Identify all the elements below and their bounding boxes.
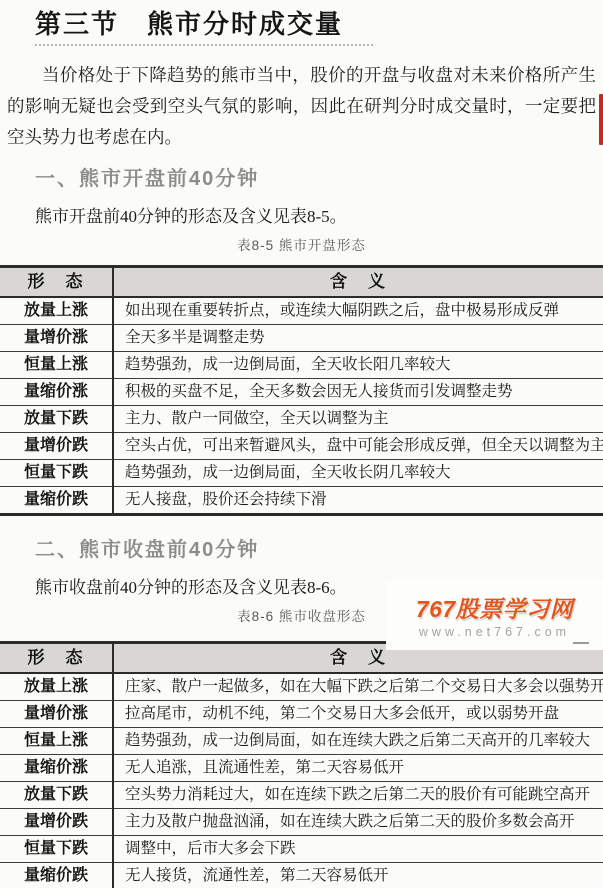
form-cell: 量增价涨	[0, 701, 113, 728]
section-2-heading: 二、熊市收盘前40分钟	[35, 538, 603, 562]
meaning-cell: 趋势强劲，成一边倒局面，全天收长阳几率较大	[113, 352, 603, 379]
table-8-5-caption: 表8-5 熊市开盘形态	[0, 238, 603, 254]
meaning-cell: 无人接货，流通性差，第二天容易低开	[113, 863, 603, 888]
form-cell: 量缩价跌	[0, 487, 113, 515]
form-cell: 量缩价涨	[0, 755, 113, 782]
meaning-cell: 空头占优，可出来暂避风头，盘中可能会形成反弹，但全天以调整为主	[113, 433, 603, 460]
form-cell: 放量下跌	[0, 782, 113, 809]
form-cell: 放量上涨	[0, 297, 113, 325]
table-row: 放量上涨如出现在重要转折点，或连续大幅阴跌之后，盘中极易形成反弹	[0, 297, 603, 325]
table-row: 量增价涨全天多半是调整走势	[0, 325, 603, 352]
table-row: 量缩价涨无人追涨，且流通性差，第二天容易低开	[0, 755, 603, 782]
page-title: 第三节 熊市分时成交量	[35, 9, 343, 40]
form-cell: 放量上涨	[0, 673, 113, 701]
meaning-cell: 趋势强劲，成一边倒局面，如在连续大跌之后第二天高开的几率较大	[113, 728, 603, 755]
red-edge-scan-mark	[599, 94, 603, 145]
form-cell: 量缩价跌	[0, 863, 113, 888]
meaning-cell: 拉高尾市，动机不纯，第二个交易日大多会低开，或以弱势开盘	[113, 701, 603, 728]
table-row: 放量下跌空头势力消耗过大，如在连续下跌之后第二天的股价有可能跳空高开	[0, 782, 603, 809]
column-header-form: 形 态	[0, 643, 113, 674]
meaning-cell: 主力及散户抛盘汹涌，如在连续大跌之后第二天的股价多数会高开	[113, 809, 603, 836]
book-page: 第三节 熊市分时成交量 当价格处于下降趋势的熊市当中，股价的开盘与收盘对未来价格…	[0, 0, 603, 888]
table-row: 量缩价跌无人接货，流通性差，第二天容易低开	[0, 863, 603, 888]
table-row: 放量下跌主力、散户一同做空，全天以调整为主	[0, 406, 603, 433]
table-row: 恒量上涨趋势强劲，成一边倒局面，全天收长阳几率较大	[0, 352, 603, 379]
watermark-brand-logo: 767股票学习网	[416, 591, 573, 624]
scan-dash-mark	[573, 642, 589, 644]
table-header-row: 形 态 含 义	[0, 267, 603, 298]
meaning-cell: 主力、散户一同做空，全天以调整为主	[113, 406, 603, 433]
table-row: 量增价跌空头占优，可出来暂避风头，盘中可能会形成反弹，但全天以调整为主	[0, 433, 603, 460]
table-row: 放量上涨庄家、散户一起做多，如在大幅下跌之后第二个交易日大多会以强势开盘	[0, 673, 603, 701]
meaning-cell: 如出现在重要转折点，或连续大幅阴跌之后，盘中极易形成反弹	[113, 297, 603, 325]
form-cell: 放量下跌	[0, 406, 113, 433]
meaning-cell: 积极的买盘不足，全天多数会因无人接货而引发调整走势	[113, 379, 603, 406]
meaning-cell: 无人追涨，且流通性差，第二天容易低开	[113, 755, 603, 782]
form-cell: 恒量上涨	[0, 352, 113, 379]
intro-paragraph: 当价格处于下降趋势的熊市当中，股价的开盘与收盘对未来价格所产生的影响无疑也会受到…	[7, 60, 596, 153]
watermark-site-url: www.net767.com	[419, 625, 570, 639]
table-8-6: 形 态 含 义 放量上涨庄家、散户一起做多，如在大幅下跌之后第二个交易日大多会以…	[0, 641, 603, 888]
table-row: 恒量下跌调整中，后市大多会下跌	[0, 836, 603, 863]
table-row: 量缩价跌无人接盘，股价还会持续下滑	[0, 487, 603, 515]
table-8-5: 形 态 含 义 放量上涨如出现在重要转折点，或连续大幅阴跌之后，盘中极易形成反弹…	[0, 265, 603, 516]
table-row: 恒量下跌趋势强劲，成一边倒局面，全天收长阴几率较大	[0, 460, 603, 487]
section-1-heading: 一、熊市开盘前40分钟	[35, 167, 603, 191]
form-cell: 恒量上涨	[0, 728, 113, 755]
page-title-block: 第三节 熊市分时成交量	[35, 9, 373, 46]
table-row: 量增价跌主力及散户抛盘汹涌，如在连续大跌之后第二天的股价多数会高开	[0, 809, 603, 836]
form-cell: 量增价涨	[0, 325, 113, 352]
table-row: 量增价涨拉高尾市，动机不纯，第二个交易日大多会低开，或以弱势开盘	[0, 701, 603, 728]
section-1-lead: 熊市开盘前40分钟的形态及含义见表8-5。	[35, 206, 603, 228]
meaning-cell: 无人接盘，股价还会持续下滑	[113, 487, 603, 515]
column-header-form: 形 态	[0, 267, 113, 298]
meaning-cell: 空头势力消耗过大，如在连续下跌之后第二天的股价有可能跳空高开	[113, 782, 603, 809]
meaning-cell: 调整中，后市大多会下跌	[113, 836, 603, 863]
meaning-cell: 庄家、散户一起做多，如在大幅下跌之后第二个交易日大多会以强势开盘	[113, 673, 603, 701]
form-cell: 恒量下跌	[0, 836, 113, 863]
form-cell: 量增价跌	[0, 809, 113, 836]
site-watermark: 767股票学习网 www.net767.com	[386, 580, 603, 650]
table-row: 恒量上涨趋势强劲，成一边倒局面，如在连续大跌之后第二天高开的几率较大	[0, 728, 603, 755]
form-cell: 恒量下跌	[0, 460, 113, 487]
column-header-meaning: 含 义	[113, 267, 603, 298]
meaning-cell: 趋势强劲，成一边倒局面，全天收长阴几率较大	[113, 460, 603, 487]
form-cell: 量缩价涨	[0, 379, 113, 406]
table-row: 量缩价涨积极的买盘不足，全天多数会因无人接货而引发调整走势	[0, 379, 603, 406]
meaning-cell: 全天多半是调整走势	[113, 325, 603, 352]
form-cell: 量增价跌	[0, 433, 113, 460]
